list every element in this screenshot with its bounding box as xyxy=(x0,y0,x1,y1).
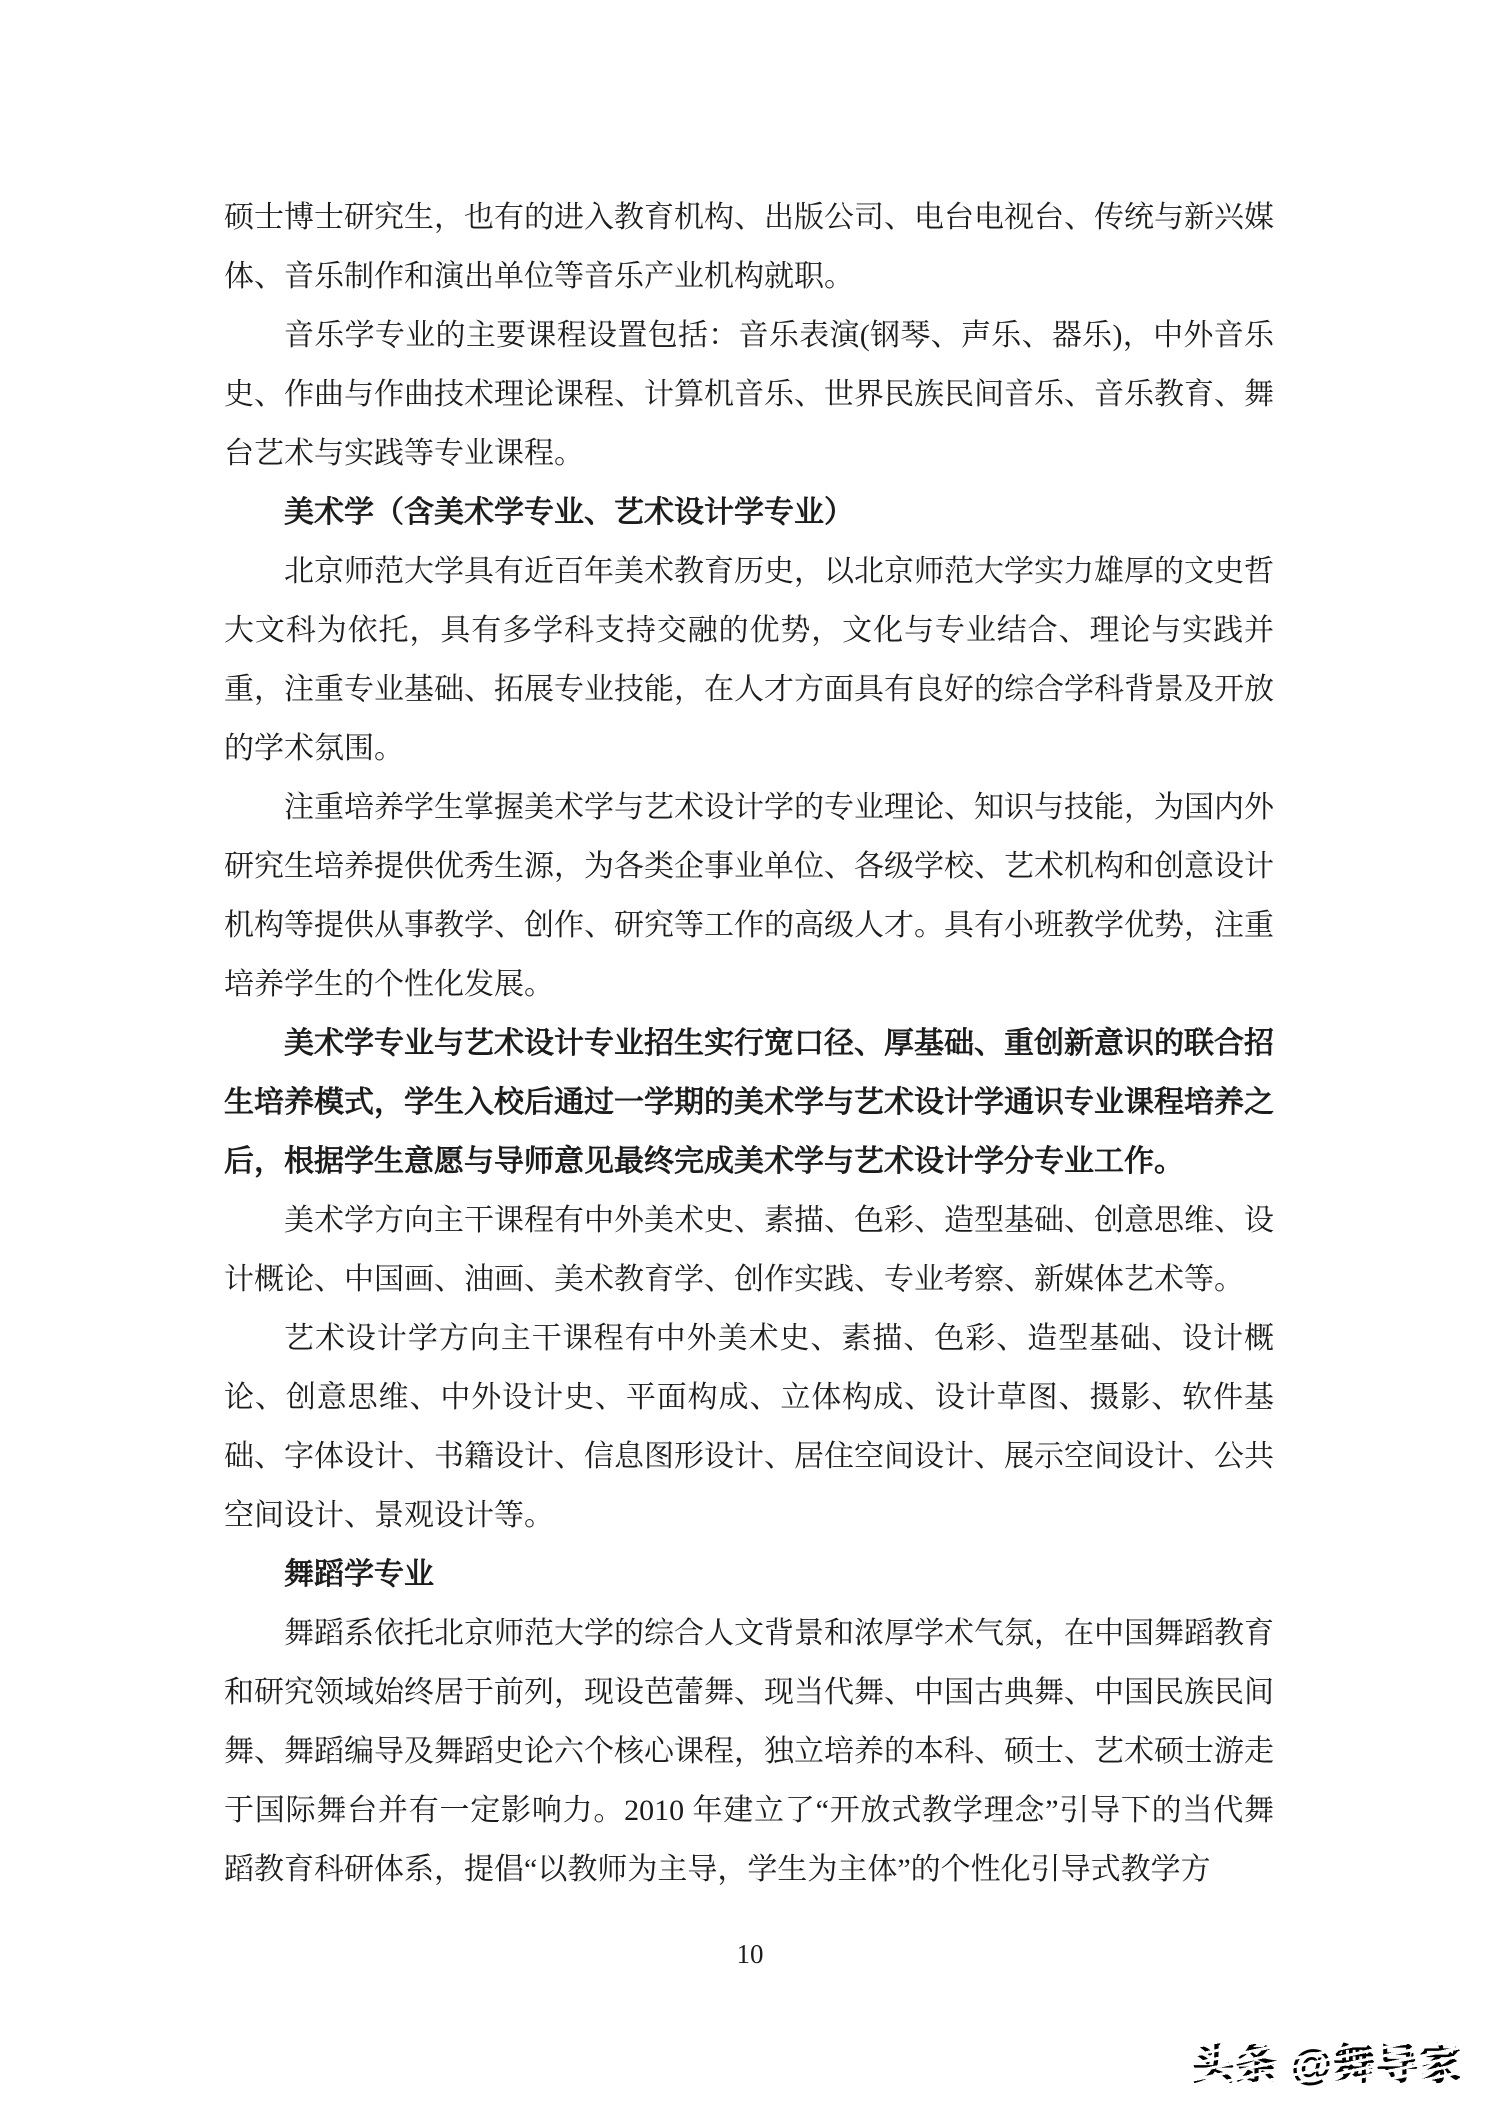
heading-fine-arts: 美术学（含美术学专业、艺术设计学专业） xyxy=(224,483,1274,542)
page-number: 10 xyxy=(0,1938,1500,1970)
paragraph-dance-intro: 舞蹈系依托北京师范大学的综合人文背景和浓厚学术气氛，在中国舞蹈教育和研究领域始终… xyxy=(224,1604,1274,1899)
paragraph-fine-arts-admission: 美术学专业与艺术设计专业招生实行宽口径、厚基础、重创新意识的联合招生培养模式，学… xyxy=(224,1014,1274,1191)
paragraph-fine-arts-intro: 北京师范大学具有近百年美术教育历史，以北京师范大学实力雄厚的文史哲大文科为依托，… xyxy=(224,542,1274,778)
paragraph-fine-arts-training: 注重培养学生掌握美术学与艺术设计学的专业理论、知识与技能，为国内外研究生培养提供… xyxy=(224,778,1274,1014)
watermark-toutiao: 头条 @舞导家 xyxy=(1192,2040,1462,2090)
watermark-text: 头条 @舞导家 xyxy=(1192,2041,1462,2088)
paragraph-music-employment: 硕士博士研究生，也有的进入教育机构、出版公司、电台电视台、传统与新兴媒体、音乐制… xyxy=(224,188,1274,306)
paragraph-fine-arts-core-courses: 美术学方向主干课程有中外美术史、素描、色彩、造型基础、创意思维、设计概论、中国画… xyxy=(224,1191,1274,1309)
document-body: 硕士博士研究生，也有的进入教育机构、出版公司、电台电视台、传统与新兴媒体、音乐制… xyxy=(224,188,1274,1899)
heading-dance: 舞蹈学专业 xyxy=(224,1545,1274,1604)
paragraph-art-design-core-courses: 艺术设计学方向主干课程有中外美术史、素描、色彩、造型基础、设计概论、创意思维、中… xyxy=(224,1309,1274,1545)
paragraph-music-courses: 音乐学专业的主要课程设置包括：音乐表演(钢琴、声乐、器乐)，中外音乐史、作曲与作… xyxy=(224,306,1274,483)
document-page: 硕士博士研究生，也有的进入教育机构、出版公司、电台电视台、传统与新兴媒体、音乐制… xyxy=(0,0,1500,2121)
